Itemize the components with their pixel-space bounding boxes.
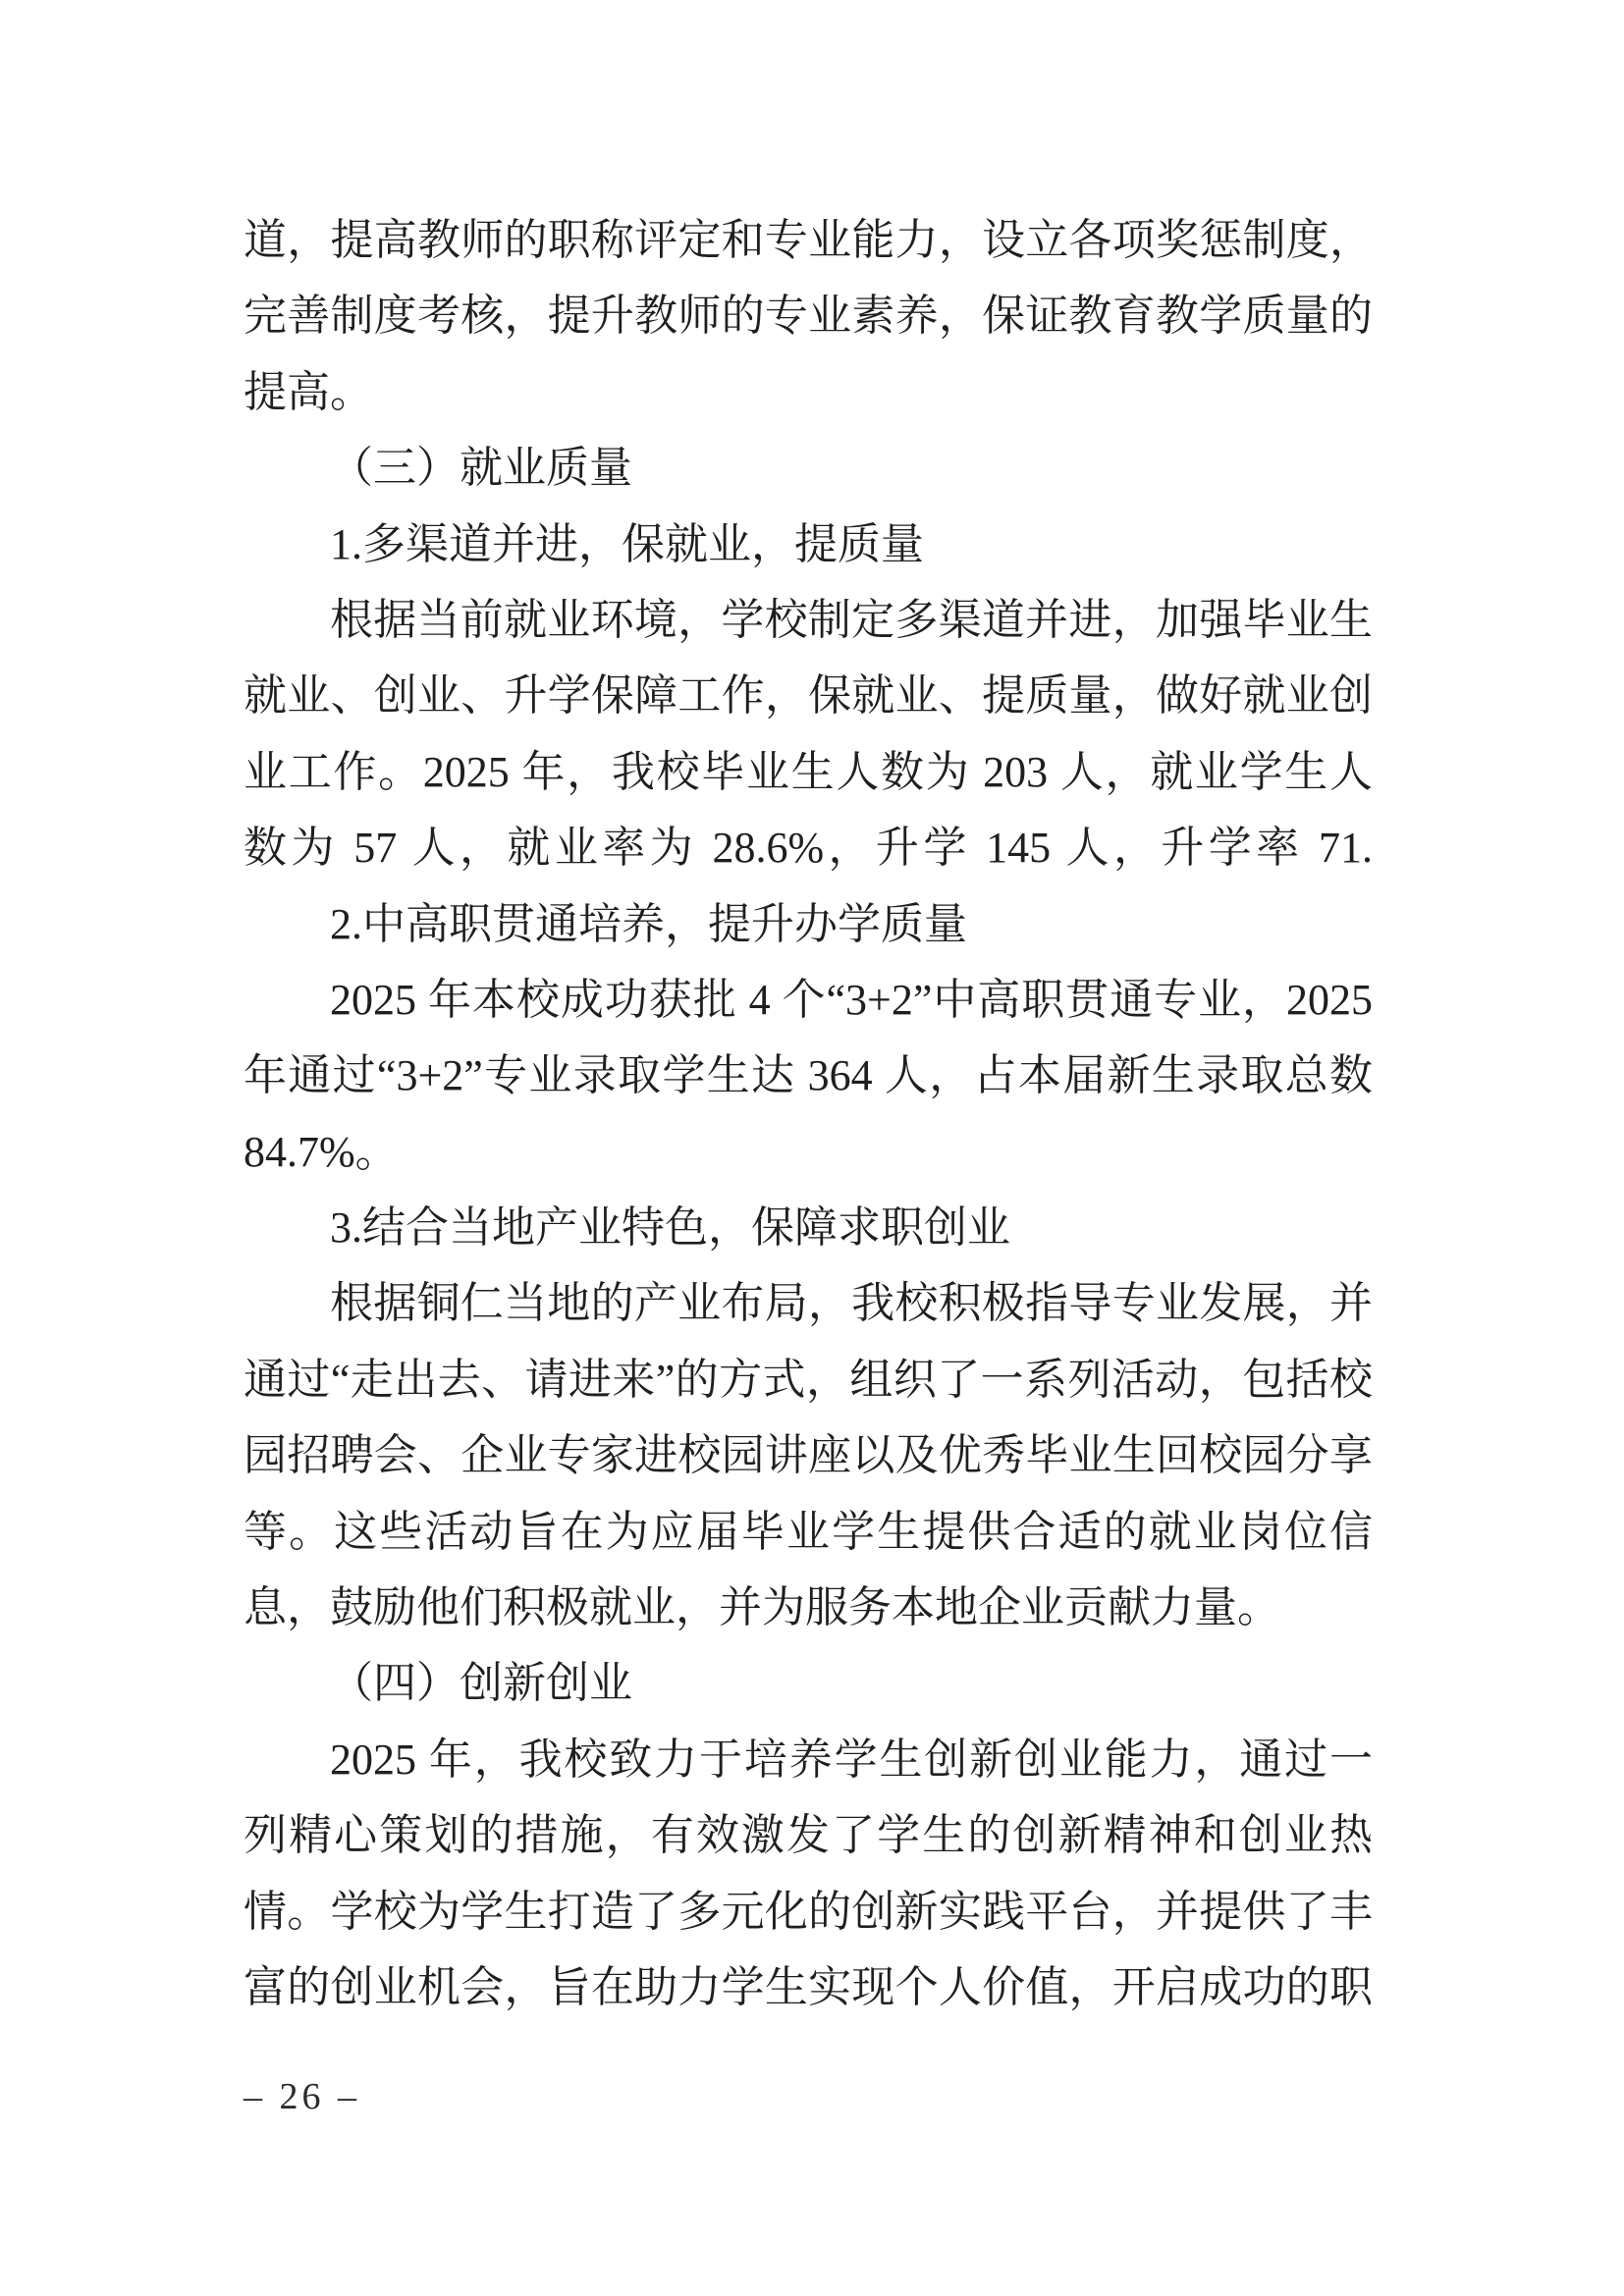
text-line: 列精心策划的措施，有效激发了学生的创新精神和创业热	[244, 1797, 1373, 1873]
text-line: 通过“走出去、请进来”的方式，组织了一系列活动，包括校	[244, 1342, 1373, 1417]
text-line: 2025 年本校成功获批 4 个“3+2”中高职贯通专业，2025	[244, 962, 1373, 1038]
text-line: 根据当前就业环境，学校制定多渠道并进，加强毕业生	[244, 582, 1373, 658]
text-line: 2025 年，我校致力于培养学生创新创业能力，通过一系	[244, 1722, 1373, 1797]
text-line: 息，鼓励他们积极就业，并为服务本地企业贡献力量。	[244, 1570, 1373, 1645]
text-line: 84.7%。	[244, 1114, 1373, 1190]
text-block: 道，提高教师的职称评定和专业能力，设立各项奖惩制度，完善制度考核，提升教师的专业…	[244, 202, 1373, 2025]
text-line: 情。学校为学生打造了多元化的创新实践平台，并提供了丰	[244, 1874, 1373, 1949]
text-line: （四）创新创业	[244, 1645, 1373, 1721]
text-line: 根据铜仁当地的产业布局，我校积极指导专业发展，并	[244, 1265, 1373, 1341]
text-line: 富的创业机会，旨在助力学生实现个人价值，开启成功的职	[244, 1949, 1373, 2025]
text-line: 就业、创业、升学保障工作，保就业、提质量，做好就业创	[244, 658, 1373, 733]
text-line: 1.多渠道并进，保就业，提质量	[244, 507, 1373, 582]
text-line: 3.结合当地产业特色，保障求职创业	[244, 1190, 1373, 1265]
text-line: 数为 57 人，就业率为 28.6%，升学 145 人，升学率 71.4%。	[244, 810, 1373, 885]
text-line: 业工作。2025 年，我校毕业生人数为 203 人，就业学生人	[244, 734, 1373, 810]
text-line: 2.中高职贯通培养，提升办学质量	[244, 886, 1373, 962]
page-number: – 26 –	[244, 2073, 360, 2120]
text-line: 年通过“3+2”专业录取学生达 364 人，占本届新生录取总数的	[244, 1038, 1373, 1113]
text-line: 完善制度考核，提升教师的专业素养，保证教育教学质量的	[244, 278, 1373, 353]
text-line: 园招聘会、企业专家进校园讲座以及优秀毕业生回校园分享	[244, 1417, 1373, 1493]
text-line: 等。这些活动旨在为应届毕业学生提供合适的就业岗位信	[244, 1494, 1373, 1570]
text-line: 道，提高教师的职称评定和专业能力，设立各项奖惩制度，	[244, 202, 1373, 278]
text-line: （三）就业质量	[244, 430, 1373, 506]
text-line: 提高。	[244, 354, 1373, 430]
document-page: 道，提高教师的职称评定和专业能力，设立各项奖惩制度，完善制度考核，提升教师的专业…	[0, 0, 1624, 2296]
